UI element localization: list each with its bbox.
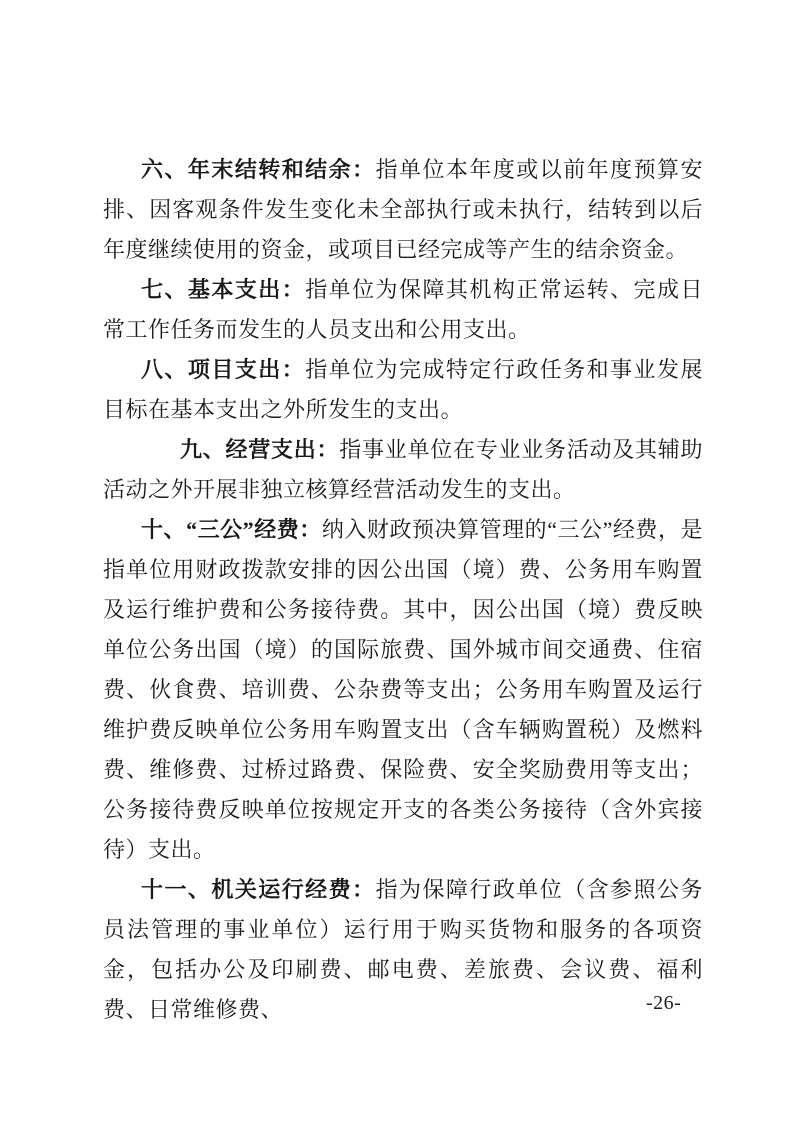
term-label: 九、经营支出： <box>180 437 339 462</box>
term-label: 六、年末结转和结余： <box>141 157 376 182</box>
definition-paragraph-6: 六、年末结转和结余：指单位本年度或以前年度预算安排、因客观条件发生变化未全部执行… <box>103 150 703 270</box>
definition-paragraph-8: 八、项目支出：指单位为完成特定行政任务和事业发展目标在基本支出之外所发生的支出。 <box>103 350 703 430</box>
term-definition: 纳入财政预决算管理的“三公”经费，是指单位用财政拨款安排的因公出国（境）费、公务… <box>103 517 703 862</box>
term-label: 八、项目支出： <box>141 357 305 382</box>
definition-paragraph-11: 十一、机关运行经费：指为保障行政单位（含参照公务员法管理的事业单位）运行用于购买… <box>103 870 703 1030</box>
term-label: 七、基本支出： <box>141 277 305 302</box>
page-number: -26- <box>646 992 681 1015</box>
definition-paragraph-7: 七、基本支出：指单位为保障其机构正常运转、完成日常工作任务而发生的人员支出和公用… <box>103 270 703 350</box>
term-label: 十、“三公”经费： <box>141 517 322 542</box>
document-page: 六、年末结转和结余：指单位本年度或以前年度预算安排、因客观条件发生变化未全部执行… <box>0 0 793 1122</box>
definition-paragraph-10: 十、“三公”经费：纳入财政预决算管理的“三公”经费，是指单位用财政拨款安排的因公… <box>103 510 703 870</box>
term-label: 十一、机关运行经费： <box>141 877 376 902</box>
definition-paragraph-9: 九、经营支出：指事业单位在专业业务活动及其辅助活动之外开展非独立核算经营活动发生… <box>103 430 703 510</box>
document-body: 六、年末结转和结余：指单位本年度或以前年度预算安排、因客观条件发生变化未全部执行… <box>103 150 703 1030</box>
